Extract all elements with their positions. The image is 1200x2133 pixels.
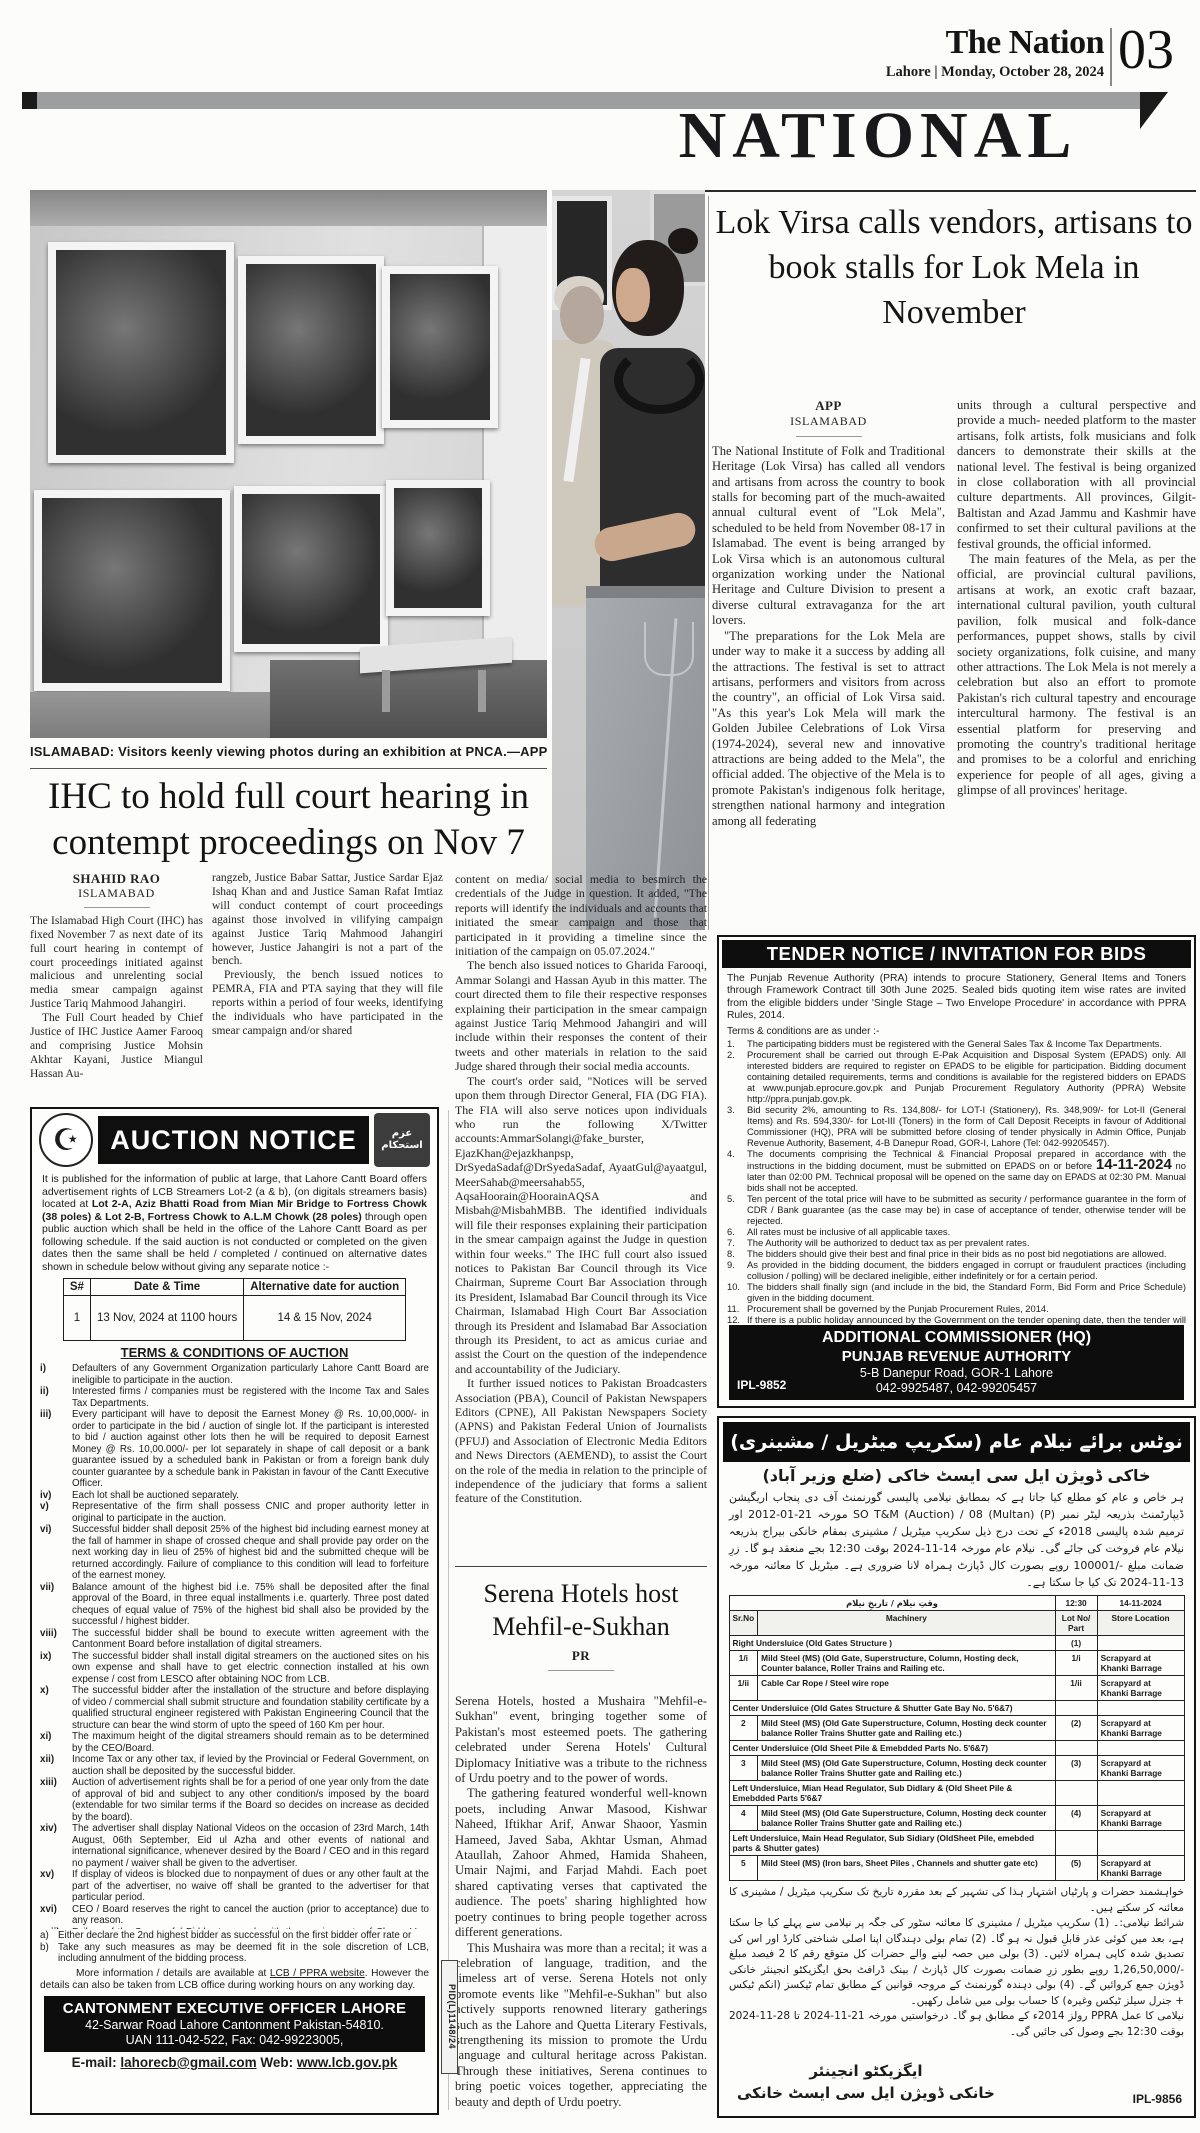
- list-item: iv)Each lot shall be auctioned separatel…: [40, 1490, 429, 1502]
- ihc-byline: SHAHID RAO ISLAMABAD: [30, 872, 203, 908]
- item-text: The successful bidder shall install digi…: [72, 1651, 429, 1686]
- photo-frame: [48, 242, 234, 463]
- machinery-row: 1/iiCable Car Rope / Steel wire rope1/ii…: [729, 1676, 1184, 1701]
- item-text: The advertiser shall display National Vi…: [72, 1823, 429, 1869]
- section-row: Left Undersluice, Main Head Regulator, S…: [729, 1831, 1184, 1856]
- list-item: 8.The bidders should give their best and…: [727, 1248, 1186, 1259]
- table-cell: 1/i: [1055, 1651, 1097, 1676]
- list-item: vi)Successful bidder shall deposit 25% o…: [40, 1524, 429, 1582]
- list-item: i)Defaulters of any Government Organizat…: [40, 1363, 429, 1386]
- list-item: 11.Procurement shall be governed by the …: [727, 1303, 1186, 1314]
- auction-notice-ad: ☪ AUCTION NOTICE عزم استحکام It is publi…: [30, 1107, 439, 2115]
- jeans-pocket: [644, 622, 694, 676]
- text-segment: More information / details are available…: [76, 1968, 270, 1979]
- auction-terms-list: i)Defaulters of any Government Organizat…: [40, 1363, 429, 1929]
- section-row: Left Undersluice, Mian Head Regulator, S…: [729, 1781, 1184, 1806]
- item-text: The successful bidder shall be bound to …: [72, 1628, 429, 1651]
- table-cell: (5): [1055, 1856, 1097, 1881]
- tender-intro: The Punjab Revenue Authority (PRA) inten…: [727, 973, 1186, 1023]
- photo-frame: [386, 480, 490, 616]
- item-number: 9.: [727, 1259, 747, 1281]
- tender-title: TENDER NOTICE / INVITATION FOR BIDS: [722, 940, 1191, 968]
- list-item: 6.All rates must be inclusive of all app…: [727, 1226, 1186, 1237]
- table-cell: 1/ii: [729, 1676, 758, 1701]
- tender-ipl-number: IPL-9852: [737, 1378, 786, 1392]
- table-cell: Machinery: [758, 1611, 1055, 1636]
- lok-column-1-para-2: "The preparations for the Lok Mela are u…: [712, 629, 945, 829]
- tender-terms-label: Terms & conditions are as under :-: [727, 1026, 1186, 1037]
- list-item: 4.The documents comprising the Technical…: [727, 1148, 1186, 1193]
- auction-email-line: E-mail: lahorecb@gmail.com Web: www.lcb.…: [32, 2055, 437, 2070]
- item-number: xiii): [40, 1777, 72, 1823]
- section-title: NATIONAL: [556, 100, 1200, 173]
- table-cell: Mild Steel (MS) (Old Gate Superstructure…: [758, 1716, 1055, 1741]
- auction-pid-number: PID(L)1148/24: [441, 1960, 458, 2074]
- headphones: [614, 346, 704, 414]
- table-cell: Scrapyard at Khanki Barrage: [1097, 1716, 1184, 1741]
- item-number: 11.: [727, 1303, 747, 1314]
- text-segment: LCB / PPRA website: [270, 1968, 365, 1979]
- text-segment: lahorecb@gmail.com: [120, 2055, 256, 2070]
- reporter-name: SHAHID RAO: [30, 872, 203, 886]
- azm-istehkam-emblem-icon: عزم استحکام: [374, 1113, 430, 1167]
- item-number: 6.: [727, 1226, 747, 1237]
- item-number: 10.: [727, 1281, 747, 1303]
- contact-office: CANTONMENT EXECUTIVE OFFICER LAHORE: [46, 2000, 423, 2017]
- table-cell: Sr.No: [729, 1611, 758, 1636]
- table-cell: 14-11-2024: [1097, 1596, 1184, 1611]
- list-item: 2.Procurement shall be carried out throu…: [727, 1049, 1186, 1104]
- machinery-row: 5Mild Steel (MS) (Iron bars, Sheet Piles…: [729, 1856, 1184, 1881]
- schedule-row: وقتِ نیلام / تاریخِ نیلام12:3014-11-2024: [729, 1596, 1184, 1611]
- photo-frame: [234, 486, 388, 652]
- table-cell: Scrapyard at Khanki Barrage: [1097, 1856, 1184, 1881]
- item-number: b): [40, 1942, 58, 1965]
- auction-intro: It is published for the information of p…: [42, 1173, 427, 1273]
- machinery-row: 4Mild Steel (MS) (Old Gate Superstructur…: [729, 1806, 1184, 1831]
- urdu-notice-intro-para-1: ہر خاص و عام کو مطلع کیا جاتا ہے کہ بمطا…: [729, 1489, 1184, 1591]
- item-text: The maximum height of the digital stream…: [72, 1731, 429, 1754]
- list-item: xiv)The advertiser shall display Nationa…: [40, 1823, 429, 1869]
- urdu-signature-block: ایگزیکٹو انجینئر خانکی ڈویژن ایل سی ایسٹ…: [737, 2060, 995, 2104]
- gallery-ceiling: [30, 190, 547, 226]
- list-item: xvi)CEO / Board reserves the right to ca…: [40, 1904, 429, 1927]
- urdu-machinery-table: وقتِ نیلام / تاریخِ نیلام12:3014-11-2024…: [729, 1595, 1185, 1881]
- item-number: xvii): [40, 1927, 72, 1930]
- table-cell: Lot No/ Part: [1055, 1611, 1097, 1636]
- table-cell: 1/ii: [1055, 1676, 1097, 1701]
- ihc-column-1-para-1: The Islamabad High Court (IHC) has fixed…: [30, 915, 203, 1012]
- gallery-floor: [30, 692, 270, 738]
- item-text: Defaulters of any Government Organizatio…: [72, 1363, 429, 1386]
- table-cell: Right Undersluice (Old Gates Structure ): [729, 1636, 1055, 1651]
- item-text: All rates must be inclusive of all appli…: [747, 1226, 1186, 1237]
- pr-label: PR: [455, 1648, 707, 1664]
- serena-byline: PR: [455, 1648, 707, 1678]
- ihc-column-3-para-1: content on media/ social media to besmir…: [455, 872, 707, 958]
- agency-name: APP: [712, 398, 945, 413]
- table-cell: (4): [1055, 1806, 1097, 1831]
- gallery-floor: [270, 660, 547, 738]
- item-number: xiv): [40, 1823, 72, 1869]
- list-item: 1.The participating bidders must be regi…: [727, 1038, 1186, 1049]
- urdu-notice-subtitle: خاکی ڈویژن ایل سی ایسٹ خاکی (ضلع وزیر آب…: [725, 1466, 1188, 1485]
- contact-phone: UAN 111-042-522, Fax: 042-99223005,: [46, 2033, 423, 2047]
- section-row: Center Undersluice (Old Gates Structure …: [729, 1701, 1184, 1716]
- item-number: 5.: [727, 1193, 747, 1226]
- ihc-column-2-para-2: Previously, the bench issued notices to …: [212, 969, 443, 1039]
- table-cell: [1055, 1741, 1097, 1756]
- item-text: CEO / Board reserves the right to cancel…: [72, 1904, 429, 1927]
- list-item: xvii)Failure of the Successful Bidder to…: [40, 1927, 429, 1930]
- item-text: The Authority will be authorized to dedu…: [747, 1237, 1186, 1248]
- byline-rule: [84, 907, 150, 908]
- item-number: x): [40, 1685, 72, 1731]
- serena-top-rule: [455, 1566, 707, 1567]
- item-text: Either declare the 2nd highest bidder as…: [58, 1930, 429, 1942]
- table-cell: (2): [1055, 1716, 1097, 1741]
- item-number: 2.: [727, 1049, 747, 1104]
- ihc-column-3-para-3: The court's order said, "Notices will be…: [455, 1074, 707, 1377]
- item-text: Take any such measures as may be deemed …: [58, 1942, 429, 1965]
- auction-schedule-table: S#Date & TimeAlternative date for auctio…: [63, 1278, 406, 1341]
- item-text: Balance amount of the highest bid i.e. 7…: [72, 1582, 429, 1628]
- item-text: Representative of the firm shall possess…: [72, 1501, 429, 1524]
- list-item: b)Take any such measures as may be deeme…: [40, 1942, 429, 1965]
- item-text: Failure of the Successful Bidder to comp…: [72, 1927, 429, 1930]
- list-item: xv)If display of videos is blocked due t…: [40, 1869, 429, 1904]
- item-text: Bid security 2%, amounting to Rs. 134,80…: [747, 1104, 1186, 1148]
- list-item: vii)Balance amount of the highest bid i.…: [40, 1582, 429, 1628]
- urdu-ipl-number: IPL-9856: [1133, 2092, 1182, 2106]
- list-item: x)The successful bidder after the instal…: [40, 1685, 429, 1731]
- item-text: As provided in the bidding document, the…: [747, 1259, 1186, 1281]
- ihc-column-2-para-1: rangzeb, Justice Babar Sattar, Justice S…: [212, 872, 443, 969]
- item-number: vii): [40, 1582, 72, 1628]
- column-rule: [708, 196, 709, 930]
- visitor-near-hair-bun: [668, 228, 698, 254]
- ihc-column-3: content on media/ social media to besmir…: [455, 872, 707, 1562]
- lok-column-1: APP ISLAMABAD The National Institute of …: [712, 398, 945, 932]
- table-cell: Scrapyard at Khanki Barrage: [1097, 1806, 1184, 1831]
- table-cell: (3): [1055, 1756, 1097, 1781]
- item-text: The documents comprising the Technical &…: [747, 1148, 1186, 1193]
- exhibition-photo-visitors: [552, 190, 705, 930]
- section-bar-cap: [22, 92, 37, 109]
- visitor-far-face: [560, 286, 604, 344]
- ihc-column-3-para-2: The bench also issued notices to Gharida…: [455, 958, 707, 1073]
- item-text: Each lot shall be auctioned separately.: [72, 1490, 429, 1502]
- urdu-auction-notice-ad: نوٹس برائے نیلام عام (سکریپ میٹریل / مشی…: [717, 1416, 1196, 2118]
- bench-leg: [478, 670, 486, 712]
- list-item: iii)Every participant will have to depos…: [40, 1409, 429, 1490]
- item-text: Every participant will have to deposit t…: [72, 1409, 429, 1490]
- table-cell: Cable Car Rope / Steel wire rope: [758, 1676, 1055, 1701]
- item-text: Successful bidder shall deposit 25% of t…: [72, 1524, 429, 1582]
- cantonment-board-crest-icon: ☪: [39, 1113, 93, 1167]
- section-row: Center Undersluice (Old Sheet Pile & Eme…: [729, 1741, 1184, 1756]
- lok-column-2-para-1: units through a cultural perspective and…: [957, 398, 1196, 552]
- byline-rule: [548, 1670, 614, 1671]
- table-cell: [1097, 1636, 1184, 1651]
- item-number: xii): [40, 1754, 72, 1777]
- list-item: v)Representative of the firm shall posse…: [40, 1501, 429, 1524]
- serena-column-para-2: The gathering featured wonderful well-kn…: [455, 1786, 707, 1940]
- item-text: If display of videos is blocked due to n…: [72, 1869, 429, 1904]
- table-header: Alternative date for auction: [244, 1279, 406, 1296]
- masthead-divider: [1110, 28, 1112, 86]
- visitor-near-face: [616, 268, 650, 322]
- machinery-row: 2Mild Steel (MS) (Old Gate Superstructur…: [729, 1716, 1184, 1741]
- urdu-notice-title: نوٹس برائے نیلام عام (سکریپ میٹریل / مشی…: [723, 1422, 1190, 1462]
- item-number: ix): [40, 1651, 72, 1686]
- list-item: 10.The bidders shall finally sign (and i…: [727, 1281, 1186, 1303]
- signer-title: ADDITIONAL COMMISSIONER (HQ): [729, 1329, 1184, 1347]
- table-cell: 3: [729, 1756, 758, 1781]
- lok-column-2-para-2: The main features of the Mela, as per th…: [957, 552, 1196, 799]
- item-text: Auction of advertisement rights shall be…: [72, 1777, 429, 1823]
- item-text: Income Tax or any other tax, if levied b…: [72, 1754, 429, 1777]
- item-text: Procurement shall be carried out through…: [747, 1049, 1186, 1104]
- photo-frame: [238, 256, 384, 444]
- ihc-column-3-para-4: It further issued notices to Pakistan Br…: [455, 1376, 707, 1506]
- serena-column-para-1: Serena Hotels, hosted a Mushaira "Mehfil…: [455, 1694, 707, 1786]
- table-cell: [1097, 1831, 1184, 1856]
- item-text: Ten percent of the total price will have…: [747, 1193, 1186, 1226]
- table-cell: Scrapyard at Khanki Barrage: [1097, 1651, 1184, 1676]
- table-cell: Store Location: [1097, 1611, 1184, 1636]
- machinery-row: 1/iMild Steel (MS) (Old Gate, Superstruc…: [729, 1651, 1184, 1676]
- agency-city: ISLAMABAD: [712, 414, 945, 429]
- lok-byline: APP ISLAMABAD: [712, 398, 945, 437]
- ihc-column-1: SHAHID RAO ISLAMABAD The Islamabad High …: [30, 872, 203, 1105]
- auction-terms-title: TERMS & CONDITIONS OF AUCTION: [32, 1345, 437, 1360]
- tender-signer-block: ADDITIONAL COMMISSIONER (HQ) PUNJAB REVE…: [729, 1325, 1184, 1400]
- table-header: S#: [63, 1279, 90, 1296]
- signer-title-urdu: ایگزیکٹو انجینئر: [737, 2060, 995, 2082]
- item-number: xv): [40, 1869, 72, 1904]
- photo-frame: [382, 266, 498, 428]
- exhibition-photo-wide: [30, 190, 547, 738]
- caption-rule: [30, 768, 547, 769]
- paper-title: The Nation: [820, 24, 1104, 62]
- item-number: iii): [40, 1409, 72, 1490]
- item-number: viii): [40, 1628, 72, 1651]
- lok-headline: Lok Virsa calls vendors, artisans to boo…: [712, 200, 1196, 336]
- item-number: a): [40, 1930, 58, 1942]
- item-text: Interested firms / companies must be reg…: [72, 1386, 429, 1409]
- table-cell: [1055, 1701, 1097, 1716]
- ihc-column-1-para-2: The Full Court headed by Chief Justice o…: [30, 1012, 203, 1082]
- item-number: 4.: [727, 1148, 747, 1193]
- list-item: 5.Ten percent of the total price will ha…: [727, 1193, 1186, 1226]
- item-number: 3.: [727, 1104, 747, 1148]
- item-number: ii): [40, 1386, 72, 1409]
- table-cell: Left Undersluice, Main Head Regulator, S…: [729, 1831, 1055, 1856]
- text-segment: Web:: [257, 2055, 297, 2070]
- table-cell: [1097, 1781, 1184, 1806]
- page-number: 03: [1118, 18, 1196, 82]
- list-item: 7.The Authority will be authorized to de…: [727, 1237, 1186, 1248]
- contact-address: 42-Sarwar Road Lahore Cantonment Pakista…: [46, 2018, 423, 2032]
- auction-header: ☪ AUCTION NOTICE عزم استحکام: [32, 1109, 437, 1171]
- machinery-row: 3Mild Steel (MS) (Old Gate Superstructur…: [729, 1756, 1184, 1781]
- item-text: The bidders should give their best and f…: [747, 1248, 1186, 1259]
- auction-contact-block: CANTONMENT EXECUTIVE OFFICER LAHORE 42-S…: [44, 1996, 425, 2052]
- table-cell: [1097, 1701, 1184, 1716]
- table-cell: 1/i: [729, 1651, 758, 1676]
- item-number: iv): [40, 1490, 72, 1502]
- bench-leg: [382, 670, 390, 712]
- table-cell: 14 & 15 Nov, 2024: [244, 1296, 406, 1341]
- list-item: viii)The successful bidder shall be boun…: [40, 1628, 429, 1651]
- serena-headline: Serena Hotels host Mehfil-e-Sukhan: [455, 1578, 707, 1643]
- item-number: vi): [40, 1524, 72, 1582]
- table-cell: Scrapyard at Khanki Barrage: [1097, 1756, 1184, 1781]
- item-text: Procurement shall be governed by the Pun…: [747, 1303, 1186, 1314]
- urdu-notice-terms-para-3: نیلامی کا عمل PPRA رولز 2014ء کے مطابق ہ…: [729, 2009, 1184, 2040]
- newspaper-page: The Nation 03 Lahore | Monday, October 2…: [0, 0, 1200, 2133]
- table-cell: Mild Steel (MS) (Old Gate Superstructure…: [758, 1806, 1055, 1831]
- text-segment: E-mail:: [72, 2055, 121, 2070]
- signer-phone: 042-9925487, 042-99205457: [729, 1381, 1184, 1395]
- item-number: i): [40, 1363, 72, 1386]
- lok-column-1-para-1: The National Institute of Folk and Tradi…: [712, 444, 945, 629]
- signer-division-urdu: خانکی ڈویژن ایل سی ایسٹ خانکی: [737, 2082, 995, 2104]
- table-cell: وقتِ نیلام / تاریخِ نیلام: [729, 1596, 1055, 1611]
- section-row: Right Undersluice (Old Gates Structure )…: [729, 1636, 1184, 1651]
- table-cell: [1097, 1741, 1184, 1756]
- table-cell: 13 Nov, 2024 at 1100 hours: [90, 1296, 243, 1341]
- table-cell: [1055, 1831, 1097, 1856]
- tender-notice-ad: TENDER NOTICE / INVITATION FOR BIDS The …: [717, 935, 1196, 1408]
- table-cell: Mild Steel (MS) (Iron bars, Sheet Piles …: [758, 1856, 1055, 1881]
- list-item: a)Either declare the 2nd highest bidder …: [40, 1930, 429, 1942]
- lok-column-2: units through a cultural perspective and…: [957, 398, 1196, 932]
- list-item: xii)Income Tax or any other tax, if levi…: [40, 1754, 429, 1777]
- table-cell: 4: [729, 1806, 758, 1831]
- item-text: The successful bidder after the installa…: [72, 1685, 429, 1731]
- item-number: v): [40, 1501, 72, 1524]
- item-text: The participating bidders must be regist…: [747, 1038, 1186, 1049]
- text-segment: www.lcb.gov.pk: [297, 2055, 398, 2070]
- table-cell: Mild Steel (MS) (Old Gate Superstructure…: [758, 1756, 1055, 1781]
- table-cell: 1: [63, 1296, 90, 1341]
- list-item: ii)Interested firms / companies must be …: [40, 1386, 429, 1409]
- item-number: xvi): [40, 1904, 72, 1927]
- photo-caption: ISLAMABAD: Visitors keenly viewing photo…: [30, 744, 578, 759]
- signer-address: 5-B Danepur Road, GOR-1 Lahore: [729, 1366, 1184, 1380]
- auction-title: AUCTION NOTICE: [98, 1116, 369, 1164]
- list-item: 9.As provided in the bidding document, t…: [727, 1259, 1186, 1281]
- list-item: xiii)Auction of advertisement rights sha…: [40, 1777, 429, 1823]
- table-cell: (1): [1055, 1636, 1097, 1651]
- list-item: xi)The maximum height of the digital str…: [40, 1731, 429, 1754]
- item-number: 7.: [727, 1237, 747, 1248]
- table-cell: Center Undersluice (Old Gates Structure …: [729, 1701, 1055, 1716]
- ihc-headline: IHC to hold full court hearing in contem…: [30, 774, 547, 867]
- ihc-column-2: rangzeb, Justice Babar Sattar, Justice S…: [212, 872, 443, 1105]
- urdu-notice-terms-para-2: شرائط نیلامی:۔ (1) سکریپ میٹریل / مشینری…: [729, 1916, 1184, 2009]
- table-cell: Left Undersluice, Mian Head Regulator, S…: [729, 1781, 1055, 1806]
- auction-more-info: More information / details are available…: [40, 1968, 429, 1992]
- table-cell: 5: [729, 1856, 758, 1881]
- urdu-notice-intro: ہر خاص و عام کو مطلع کیا جاتا ہے کہ بمطا…: [729, 1489, 1184, 1591]
- table-cell: 12:30: [1055, 1596, 1097, 1611]
- table-header: Date & Time: [90, 1279, 243, 1296]
- serena-column-para-3: This Mushaira was more than a recital; i…: [455, 1941, 707, 2110]
- highlighted-date: 14-11-2024: [1096, 1156, 1172, 1173]
- item-text: The bidders shall finally sign (and incl…: [747, 1281, 1186, 1303]
- urdu-notice-terms: خواہشمند حضرات و پارٹیاں اشتہار ہذا کی ت…: [729, 1885, 1184, 2040]
- list-item: ix)The successful bidder shall install d…: [40, 1651, 429, 1686]
- list-item: 3.Bid security 2%, amounting to Rs. 134,…: [727, 1104, 1186, 1148]
- table-row: 113 Nov, 2024 at 1100 hours14 & 15 Nov, …: [63, 1296, 405, 1341]
- photo-frame: [34, 490, 230, 691]
- item-number: 1.: [727, 1038, 747, 1049]
- urdu-notice-terms-para-1: خواہشمند حضرات و پارٹیاں اشتہار ہذا کی ت…: [729, 1885, 1184, 1916]
- table-cell: [1055, 1781, 1097, 1806]
- table-cell: Mild Steel (MS) (Old Gate, Superstructur…: [758, 1651, 1055, 1676]
- auction-subitems: a)Either declare the 2nd highest bidder …: [40, 1930, 429, 1965]
- reporter-city: ISLAMABAD: [30, 887, 203, 901]
- item-number: 8.: [727, 1248, 747, 1259]
- byline-rule: [796, 436, 862, 437]
- serena-column: Serena Hotels, hosted a Mushaira "Mehfil…: [455, 1694, 707, 2118]
- masthead-dateline: Lahore | Monday, October 28, 2024: [760, 64, 1104, 81]
- item-number: xi): [40, 1731, 72, 1754]
- table-cell: Scrapyard at Khanki Barrage: [1097, 1676, 1184, 1701]
- signer-authority: PUNJAB REVENUE AUTHORITY: [729, 1348, 1184, 1365]
- table-cell: Center Undersluice (Old Sheet Pile & Eme…: [729, 1741, 1055, 1756]
- tender-terms-list: 1.The participating bidders must be regi…: [727, 1038, 1186, 1330]
- table-cell: 2: [729, 1716, 758, 1741]
